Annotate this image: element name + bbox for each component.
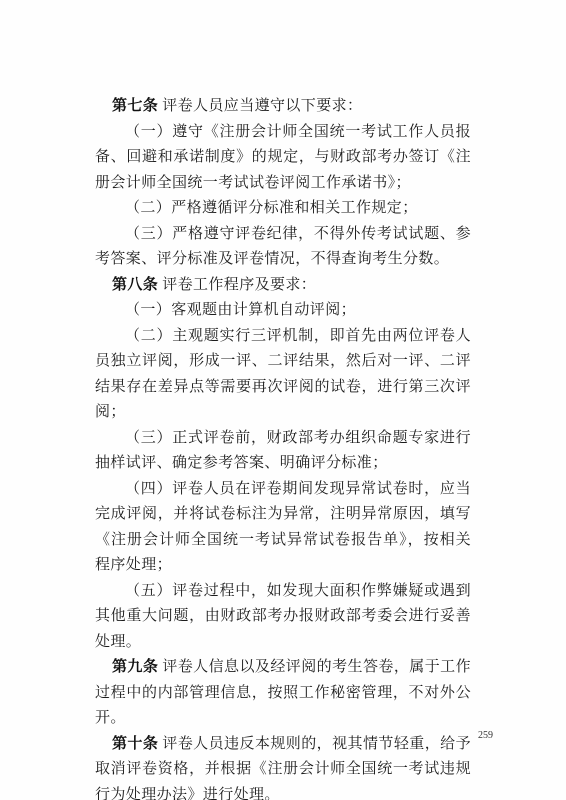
article-8-text: 评卷工作程序及要求： (162, 275, 316, 293)
article-8-heading: 第八条 (112, 275, 158, 293)
page-number: 259 (478, 730, 493, 741)
article-10-heading: 第十条 (112, 734, 158, 752)
article-8-item-2: （二）主观题实行三评机制，即首先由两位评卷人员独立评阅，形成一评、二评结果，然后… (95, 323, 471, 425)
article-9-paragraph: 第九条评卷人信息以及经评阅的考生答卷，属于工作过程中的内部管理信息，按照工作秘密… (95, 654, 471, 731)
article-8-paragraph: 第八条评卷工作程序及要求： (95, 272, 471, 298)
article-9-heading: 第九条 (112, 657, 158, 675)
document-page: 第七条评卷人员应当遵守以下要求： （一）遵守《注册会计师全国统一考试工作人员报备… (0, 0, 566, 800)
article-7-text: 评卷人员应当遵守以下要求： (162, 96, 362, 114)
document-body: 第七条评卷人员应当遵守以下要求： （一）遵守《注册会计师全国统一考试工作人员报备… (95, 93, 471, 800)
article-8-item-1: （一）客观题由计算机自动评阅； (95, 297, 471, 323)
article-7-item-3: （三）严格遵守评卷纪律，不得外传考试试题、参考答案、评分标准及评卷情况，不得查询… (95, 221, 471, 272)
article-8-item-3: （三）正式评卷前，财政部考办组织命题专家进行抽样试评、确定参考答案、明确评分标准… (95, 425, 471, 476)
article-7-heading: 第七条 (112, 96, 158, 114)
article-7-paragraph: 第七条评卷人员应当遵守以下要求： (95, 93, 471, 119)
article-10-paragraph: 第十条评卷人员违反本规则的，视其情节轻重，给予取消评卷资格，并根据《注册会计师全… (95, 731, 471, 800)
article-7-item-2: （二）严格遵循评分标准和相关工作规定； (95, 195, 471, 221)
article-8-item-4: （四）评卷人员在评卷期间发现异常试卷时，应当完成评阅，并将试卷标注为异常，注明异… (95, 476, 471, 578)
article-7-item-1: （一）遵守《注册会计师全国统一考试工作人员报备、回避和承诺制度》的规定，与财政部… (95, 119, 471, 196)
article-8-item-5: （五）评卷过程中，如发现大面积作弊嫌疑或遇到其他重大问题，由财政部考办报财政部考… (95, 578, 471, 655)
